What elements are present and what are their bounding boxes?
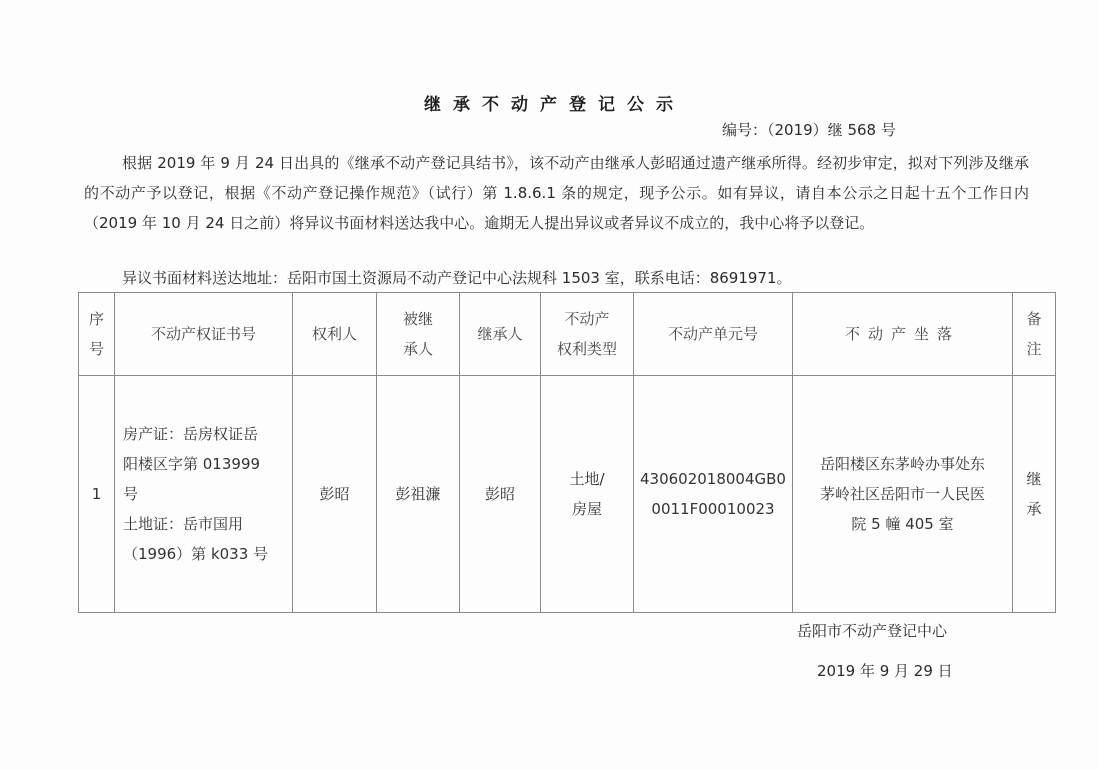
- header-right-type: 不动产 权利类型: [541, 293, 634, 376]
- cell-cert-number: 房产证：岳房权证岳 阳楼区字第 013999 号 土地证：岳市国用 （1996）…: [115, 376, 293, 613]
- cell-right-type: 土地/ 房屋: [541, 376, 634, 613]
- cell-heir: 彭昭: [460, 376, 541, 613]
- header-seq-line2: 号: [83, 334, 110, 364]
- remark-line: 承: [1017, 494, 1051, 524]
- header-decedent-line2: 承人: [381, 334, 455, 364]
- cert-line: 房产证：岳房权证岳: [123, 419, 288, 449]
- cell-seq: 1: [79, 376, 115, 613]
- registration-table: 序 号 不动产权证书号 权利人 被继 承人 继承人 不动产 权利类型 不动产单元…: [78, 292, 1056, 613]
- location-line: 茅岭社区岳阳市一人民医: [797, 479, 1008, 509]
- unit-number-line: 430602018004GB0: [638, 464, 788, 494]
- issuer-signature: 岳阳市不动产登记中心: [797, 620, 947, 641]
- table-header-row: 序 号 不动产权证书号 权利人 被继 承人 继承人 不动产 权利类型 不动产单元…: [79, 293, 1056, 376]
- header-decedent: 被继 承人: [377, 293, 460, 376]
- cert-line: 阳楼区字第 013999: [123, 449, 288, 479]
- location-line: 岳阳楼区东茅岭办事处东: [797, 449, 1008, 479]
- body-paragraph-objection-address: 异议书面材料送达地址：岳阳市国土资源局不动产登记中心法规科 1503 室，联系电…: [84, 263, 1029, 293]
- remark-line: 继: [1017, 464, 1051, 494]
- cell-unit-number: 430602018004GB0 0011F00010023: [634, 376, 793, 613]
- header-seq: 序 号: [79, 293, 115, 376]
- document-number: 编号：（2019）继 568 号: [722, 119, 896, 140]
- table-row: 1 房产证：岳房权证岳 阳楼区字第 013999 号 土地证：岳市国用 （199…: [79, 376, 1056, 613]
- header-location: 不动产坐落: [793, 293, 1013, 376]
- right-type-line: 房屋: [545, 494, 629, 524]
- cell-right-holder: 彭昭: [293, 376, 377, 613]
- header-unit-number: 不动产单元号: [634, 293, 793, 376]
- cell-decedent: 彭祖濂: [377, 376, 460, 613]
- cell-location: 岳阳楼区东茅岭办事处东 茅岭社区岳阳市一人民医 院 5 幢 405 室: [793, 376, 1013, 613]
- cert-line: 号: [123, 479, 288, 509]
- header-decedent-line1: 被继: [381, 304, 455, 334]
- document-title: 继承不动产登记公示: [0, 90, 1099, 115]
- cert-line: （1996）第 k033 号: [123, 539, 288, 569]
- body-paragraph-main: 根据 2019 年 9 月 24 日出具的《继承不动产登记具结书》，该不动产由继…: [84, 148, 1029, 238]
- header-remark: 备 注: [1013, 293, 1056, 376]
- issue-date: 2019 年 9 月 29 日: [817, 660, 953, 681]
- header-cert-number: 不动产权证书号: [115, 293, 293, 376]
- cert-line: 土地证：岳市国用: [123, 509, 288, 539]
- header-right-holder: 权利人: [293, 293, 377, 376]
- header-right-type-line1: 不动产: [545, 304, 629, 334]
- unit-number-line: 0011F00010023: [638, 494, 788, 524]
- header-right-type-line2: 权利类型: [545, 334, 629, 364]
- right-type-line: 土地/: [545, 464, 629, 494]
- cell-remark: 继 承: [1013, 376, 1056, 613]
- header-remark-line1: 备: [1017, 304, 1051, 334]
- header-heir: 继承人: [460, 293, 541, 376]
- header-seq-line1: 序: [83, 304, 110, 334]
- document-page: 继承不动产登记公示 编号：（2019）继 568 号 根据 2019 年 9 月…: [0, 0, 1099, 770]
- header-remark-line2: 注: [1017, 334, 1051, 364]
- location-line: 院 5 幢 405 室: [797, 509, 1008, 539]
